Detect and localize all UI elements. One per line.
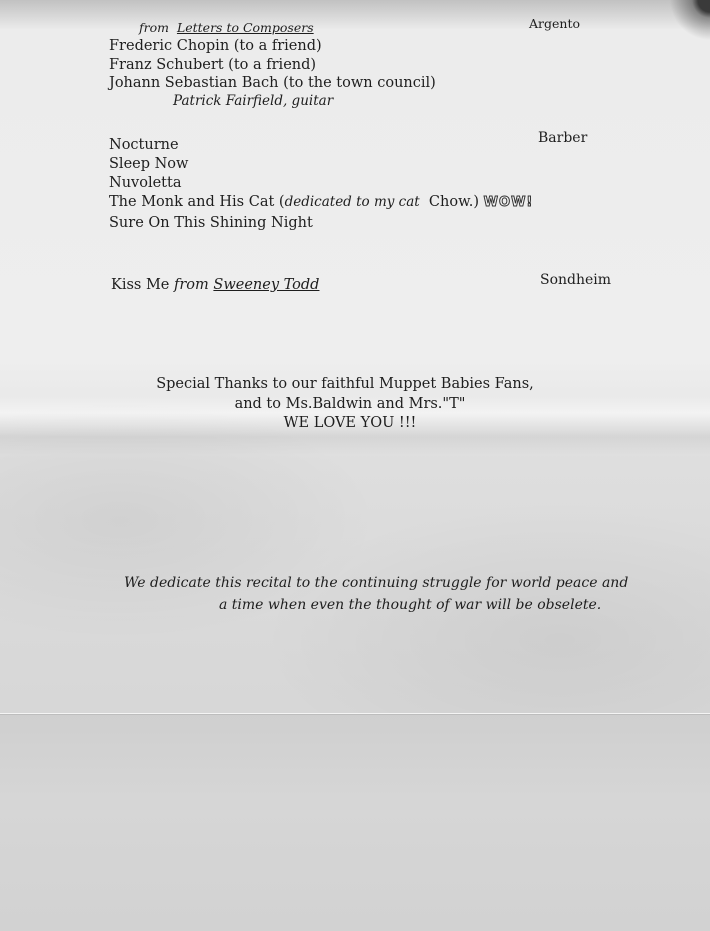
thanks-line-1: Special Thanks to our faithful Muppet Ba… — [0, 377, 710, 392]
program-item: Frederic Chopin (to a friend) — [109, 39, 322, 54]
show-title: Sweeney Todd — [213, 277, 319, 293]
program-item: Nocturne — [109, 138, 179, 153]
program-item: Johann Sebastian Bach (to the town counc… — [109, 76, 436, 91]
thanks-line-3: WE LOVE YOU !!! — [0, 416, 710, 431]
composer-argento: Argento — [529, 18, 580, 31]
composer-barber: Barber — [538, 131, 587, 145]
page-corner-shadow — [650, 0, 710, 60]
letters-intro: from Letters to Composers — [139, 22, 314, 35]
dedication-note: dedicated to my cat — [285, 194, 420, 210]
thanks-line-2: and to Ms.Baldwin and Mrs."T" — [0, 397, 710, 412]
program-item: Sleep Now — [109, 157, 188, 172]
program-item: Franz Schubert (to a friend) — [109, 58, 316, 73]
wow-exclamation: WOW! — [484, 195, 534, 210]
paper-lower-fold — [0, 713, 710, 931]
song-title: Kiss Me — [111, 277, 169, 293]
program-item-monk: The Monk and His Cat (dedicated to my ca… — [109, 195, 533, 210]
dedication-line-2: a time when even the thought of war will… — [219, 598, 601, 612]
program-item-kiss-me: Kiss Me from Sweeney Todd — [111, 278, 319, 293]
intro-prefix: from — [139, 20, 169, 35]
performer-credit: Patrick Fairfield, guitar — [173, 95, 333, 109]
from-label: from — [174, 277, 209, 293]
item-title: The Monk and His Cat ( — [109, 194, 285, 210]
program-item: Sure On This Shining Night — [109, 216, 313, 231]
intro-title: Letters to Composers — [177, 20, 314, 35]
item-title-end: Chow.) — [424, 194, 479, 210]
composer-sondheim: Sondheim — [540, 273, 611, 287]
program-item: Nuvoletta — [109, 176, 181, 191]
top-shadow — [0, 0, 710, 30]
dedication-line-1: We dedicate this recital to the continui… — [124, 576, 628, 590]
